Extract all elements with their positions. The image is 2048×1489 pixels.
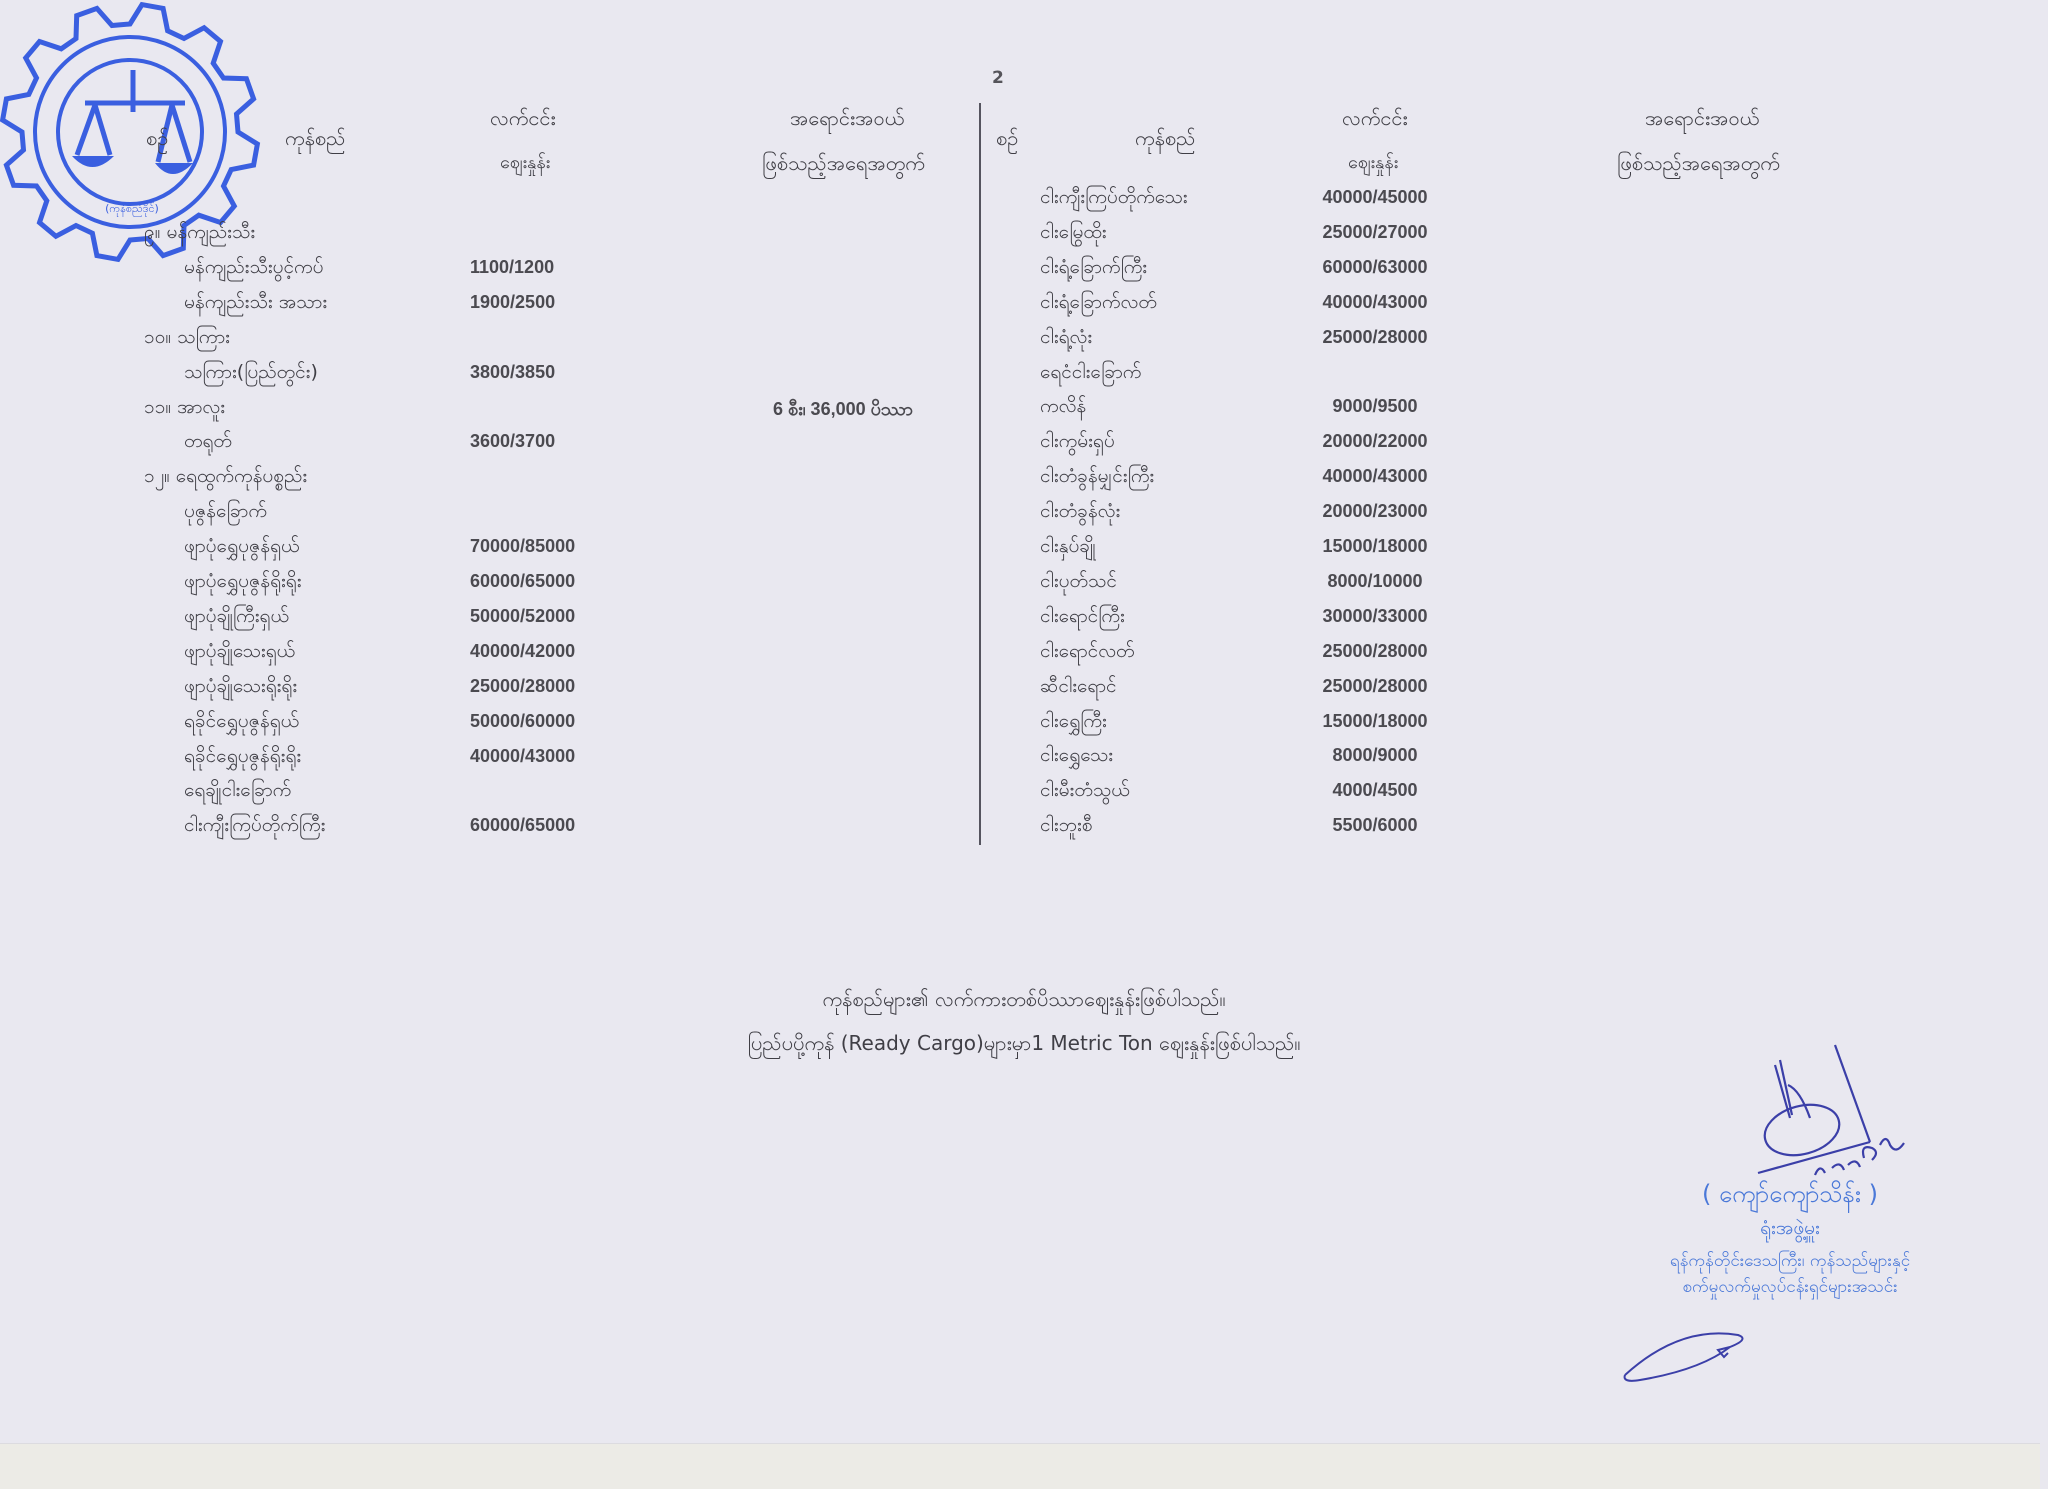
price-value: 3600/3700 — [470, 431, 555, 452]
category-label: ၁၂။ ရေထွက်ကုန်ပစ္စည်း — [144, 464, 307, 492]
price-value: 25000/28000 — [1320, 676, 1430, 697]
commodity-label: ဖျာပုံရွှေပုဇွန်ရှယ် — [184, 534, 299, 562]
footer-note-wholesale: ကုန်စည်များ၏ လက်ကားတစ်ပိဿာဈေးနှုန်းဖြစ်ပ… — [0, 986, 2048, 1016]
header-price2-right: ဈေးနှုန်း — [1348, 150, 1398, 177]
commodity-label: ရေချိုငါးခြောက် — [184, 778, 291, 806]
header-volume1-right: အရောင်းအဝယ် — [1645, 105, 1759, 135]
commodity-label: တရုတ် — [184, 429, 232, 457]
commodity-label: ဖျာပုံချိုကြီးရှယ် — [184, 604, 289, 632]
scanner-edge — [0, 1443, 2040, 1489]
price-value: 25000/27000 — [1320, 222, 1430, 243]
handwritten-initial-icon — [1620, 1325, 1760, 1385]
commodity-label: ရခိုင်ရွှေပုဇွန်ရိုးရိုး — [184, 744, 301, 772]
commodity-label: သကြား(ပြည်တွင်း) — [184, 360, 318, 388]
commodity-label: ငါးမီးတံသွယ် — [1040, 778, 1130, 806]
commodity-label: ဆီငါးရောင် — [1040, 674, 1117, 702]
commodity-label: ပုဇွန်ခြောက် — [184, 499, 267, 527]
commodity-label: ငါးရောင်ကြီး — [1040, 604, 1125, 632]
price-value: 15000/18000 — [1320, 711, 1430, 732]
commodity-label: ငါးရံ့လုံး — [1040, 325, 1092, 353]
commodity-label: ငါးရွှေသေး — [1040, 743, 1113, 771]
commodity-label: ငါးရောင်လတ် — [1040, 639, 1135, 667]
page-number: 2 — [992, 68, 1004, 88]
header-price1-left: လက်ငင်း — [490, 105, 556, 135]
price-value: 8000/9000 — [1320, 745, 1430, 766]
price-value: 30000/33000 — [1320, 606, 1430, 627]
header-serial-left: စဉ် — [146, 125, 168, 155]
price-value: 25000/28000 — [470, 676, 575, 697]
signatory-org-line2: စက်မှုလက်မှုလုပ်ငန်းရှင်များအသင်း — [1590, 1274, 1990, 1300]
commodity-label: ငါးရံ့ခြောက်ကြီး — [1040, 255, 1147, 283]
price-value: 5500/6000 — [1320, 815, 1430, 836]
commodity-label: ငါးကျီးကြပ်တိုက်ကြီး — [184, 813, 325, 841]
category-label: ၉။ မန်ကျည်းသီး — [144, 220, 255, 248]
price-value: 20000/22000 — [1320, 431, 1430, 452]
price-value: 8000/10000 — [1320, 571, 1430, 592]
price-value: 25000/28000 — [1320, 641, 1430, 662]
commodity-label: ရေငံငါးခြောက် — [1040, 360, 1141, 388]
commodity-label: ငါးကျီးကြပ်တိုက်သေး — [1040, 185, 1188, 213]
svg-text:(ကုန်စည်ဒိုင်): (ကုန်စည်ဒိုင်) — [105, 202, 159, 217]
price-value: 40000/43000 — [470, 746, 575, 767]
header-serial-right: စဉ် — [996, 125, 1018, 155]
price-value: 70000/85000 — [470, 536, 575, 557]
price-value: 1100/1200 — [470, 257, 554, 278]
signatory-org-line1: ရန်ကုန်တိုင်းဒေသကြီး၊ ကုန်သည်များနှင့် — [1590, 1248, 1990, 1274]
price-value: 3800/3850 — [470, 362, 555, 383]
commodity-label: ငါးမြွေထိုး — [1040, 220, 1107, 248]
header-volume2-left: ဖြစ်သည့်အရေအတွက် — [762, 150, 925, 180]
commodity-label: ငါးတံခွန်လုံး — [1040, 499, 1120, 527]
commodity-label: မန်ကျည်းသီး အသား — [184, 290, 327, 318]
header-price2-left: ဈေးနှုန်း — [500, 150, 550, 177]
price-value: 50000/52000 — [470, 606, 575, 627]
commodity-label: ဖျာပုံချိုသေးရိုးရိုး — [184, 674, 297, 702]
commodity-label: ငါးဘူးစီ — [1040, 813, 1092, 841]
price-value: 9000/9500 — [1320, 396, 1430, 417]
price-value: 15000/18000 — [1320, 536, 1430, 557]
column-divider — [979, 103, 981, 845]
header-commodity-right: ကုန်စည် — [1135, 125, 1196, 155]
commodity-label: ဖျာပုံချိုသေးရှယ် — [184, 639, 295, 667]
price-value: 40000/42000 — [470, 641, 575, 662]
commodity-label: ငါးရံ့ခြောက်လတ် — [1040, 290, 1157, 318]
commodity-label: ကလိန် — [1040, 394, 1086, 422]
commodity-label: ရခိုင်ရွှေပုဇွန်ရှယ် — [184, 709, 299, 737]
price-value: 20000/23000 — [1320, 501, 1430, 522]
category-label: ၁၁။ အာလူး — [144, 395, 225, 423]
price-value: 40000/43000 — [1320, 466, 1430, 487]
commodity-label: ငါးကွမ်းရှပ် — [1040, 429, 1115, 457]
header-volume2-right: ဖြစ်သည့်အရေအတွက် — [1617, 150, 1780, 180]
volume-value: 6 စီး၊ 36,000 ပိဿာ — [773, 397, 913, 424]
signatory-name: ( ကျော်ကျော်သိန်း ) — [1590, 1178, 1990, 1214]
signature-block: ( ကျော်ကျော်သိန်း ) ရုံးအဖွဲ့မှူး ရန်ကုန… — [1590, 1050, 1990, 1300]
header-volume1-left: အရောင်းအဝယ် — [790, 105, 904, 135]
category-label: ၁၀။ သကြား — [144, 325, 230, 353]
price-value: 40000/45000 — [1320, 187, 1430, 208]
price-value: 50000/60000 — [470, 711, 575, 732]
commodity-label: ငါးနှပ်ချို — [1040, 534, 1096, 562]
commodity-label: ငါးပုတ်သင် — [1040, 569, 1117, 597]
signatory-title: ရုံးအဖွဲ့မှူး — [1590, 1216, 1990, 1244]
price-value: 60000/63000 — [1320, 257, 1430, 278]
price-value: 60000/65000 — [470, 815, 575, 836]
commodity-label: မန်ကျည်းသီးပွင့်ကပ် — [184, 255, 323, 283]
price-value: 40000/43000 — [1320, 292, 1430, 313]
price-value: 1900/2500 — [470, 292, 555, 313]
price-value: 25000/28000 — [1320, 327, 1430, 348]
commodity-label: ငါးရွှေကြီး — [1040, 709, 1107, 737]
header-price1-right: လက်ငင်း — [1342, 105, 1408, 135]
commodity-label: ဖျာပုံရွှေပုဇွန်ရိုးရိုး — [184, 569, 302, 597]
header-commodity-left: ကုန်စည် — [285, 125, 346, 155]
price-value: 4000/4500 — [1320, 780, 1430, 801]
commodity-label: ငါးတံခွန်မျှင်းကြီး — [1040, 464, 1154, 492]
price-value: 60000/65000 — [470, 571, 575, 592]
